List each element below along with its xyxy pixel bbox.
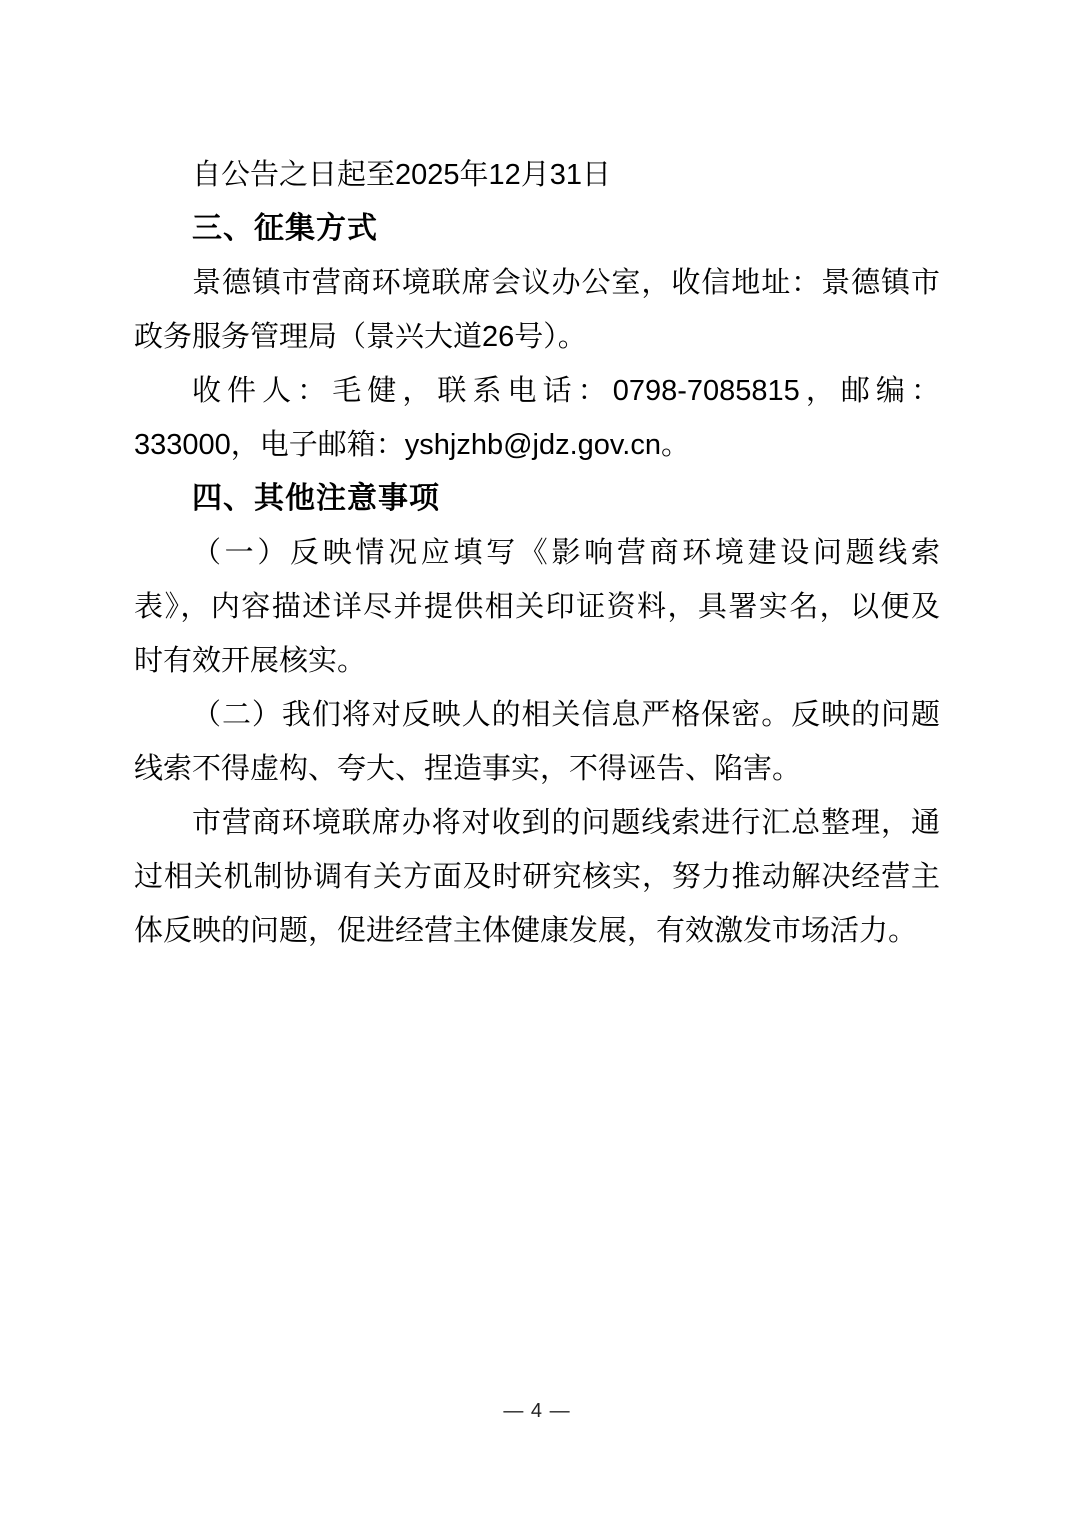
paragraph-line: 表》，内容描述详尽并提供相关印证资料，具署实名，以便及 — [134, 580, 940, 634]
page-number: — 4 — — [0, 1396, 1074, 1426]
paragraph-line: 过相关机制协调有关方面及时研究核实，努力推动解决经营主 — [134, 850, 940, 904]
paragraph-line-recipient-contact: 收件人：毛健，联系电话：0798-7085815，邮编： — [134, 364, 940, 418]
paragraph-line: 景德镇市营商环境联席会议办公室，收信地址：景德镇市 — [134, 256, 940, 310]
document-page: 自公告之日起至2025年12月31日 三、征集方式 景德镇市营商环境联席会议办公… — [0, 0, 1074, 1520]
paragraph-line: 政务服务管理局（景兴大道26号）。 — [134, 310, 940, 364]
paragraph-line-postcode-email: 333000，电子邮箱：yshjzhb@jdz.gov.cn。 — [134, 418, 940, 472]
paragraph-line: （一）反映情况应填写《影响营商环境建设问题线索 — [134, 526, 940, 580]
paragraph-line: 体反映的问题，促进经营主体健康发展，有效激发市场活力。 — [134, 904, 940, 958]
document-body: 自公告之日起至2025年12月31日 三、征集方式 景德镇市营商环境联席会议办公… — [134, 148, 940, 958]
paragraph-line: 市营商环境联席办将对收到的问题线索进行汇总整理，通 — [134, 796, 940, 850]
deadline-text: 自公告之日起至2025年12月31日 — [134, 148, 940, 202]
section-heading-collection-method: 三、征集方式 — [134, 202, 940, 256]
paragraph-line: 时有效开展核实。 — [134, 634, 940, 688]
paragraph-line: （二）我们将对反映人的相关信息严格保密。反映的问题 — [134, 688, 940, 742]
section-heading-other-notes: 四、其他注意事项 — [134, 472, 940, 526]
paragraph-line: 线索不得虚构、夸大、捏造事实，不得诬告、陷害。 — [134, 742, 940, 796]
